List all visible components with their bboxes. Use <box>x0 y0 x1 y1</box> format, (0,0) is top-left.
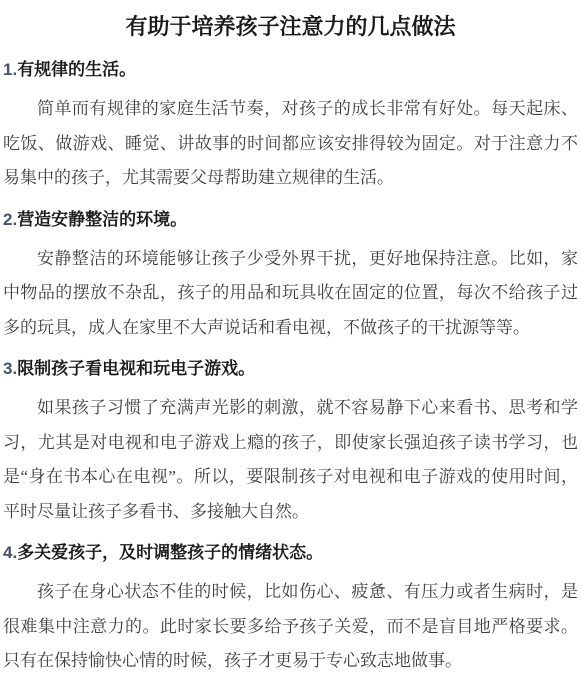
section-paragraph: 安静整洁的环境能够让孩子少受外界干扰，更好地保持注意。比如，家中物品的摆放不杂乱… <box>3 242 578 346</box>
section-number: 2. <box>3 210 17 229</box>
section-heading: 4.多关爱孩子，及时调整孩子的情绪状态。 <box>3 541 578 565</box>
section-1: 1.有规律的生活。 简单而有规律的家庭生活节奏，对孩子的成长非常有好处。每天起床… <box>3 58 578 196</box>
section-number: 4. <box>3 543 17 562</box>
section-2: 2.营造安静整洁的环境。 安静整洁的环境能够让孩子少受外界干扰，更好地保持注意。… <box>3 208 578 346</box>
section-3: 3.限制孩子看电视和玩电子游戏。 如果孩子习惯了充满声光影的刺激，就不容易静下心… <box>3 357 578 529</box>
section-paragraph: 简单而有规律的家庭生活节奏，对孩子的成长非常有好处。每天起床、吃饭、做游戏、睡觉… <box>3 92 578 196</box>
section-heading-text: 多关爱孩子，及时调整孩子的情绪状态。 <box>17 543 323 562</box>
section-paragraph: 孩子在身心状态不佳的时候，比如伤心、疲惫、有压力或者生病时，是很难集中注意力的。… <box>3 575 578 679</box>
section-number: 1. <box>3 60 17 79</box>
document-page: { "page": { "background": "#ffffff", "te… <box>0 0 581 693</box>
section-4: 4.多关爱孩子，及时调整孩子的情绪状态。 孩子在身心状态不佳的时候，比如伤心、疲… <box>3 541 578 679</box>
document-title: 有助于培养孩子注意力的几点做法 <box>3 12 578 42</box>
section-number: 3. <box>3 359 17 378</box>
section-heading-text: 有规律的生活。 <box>17 60 136 79</box>
section-heading: 3.限制孩子看电视和玩电子游戏。 <box>3 357 578 381</box>
section-heading-text: 限制孩子看电视和玩电子游戏。 <box>17 359 255 378</box>
section-heading-text: 营造安静整洁的环境。 <box>17 210 187 229</box>
section-paragraph: 如果孩子习惯了充满声光影的刺激，就不容易静下心来看书、思考和学习，尤其是对电视和… <box>3 391 578 529</box>
section-heading: 2.营造安静整洁的环境。 <box>3 208 578 232</box>
section-heading: 1.有规律的生活。 <box>3 58 578 82</box>
